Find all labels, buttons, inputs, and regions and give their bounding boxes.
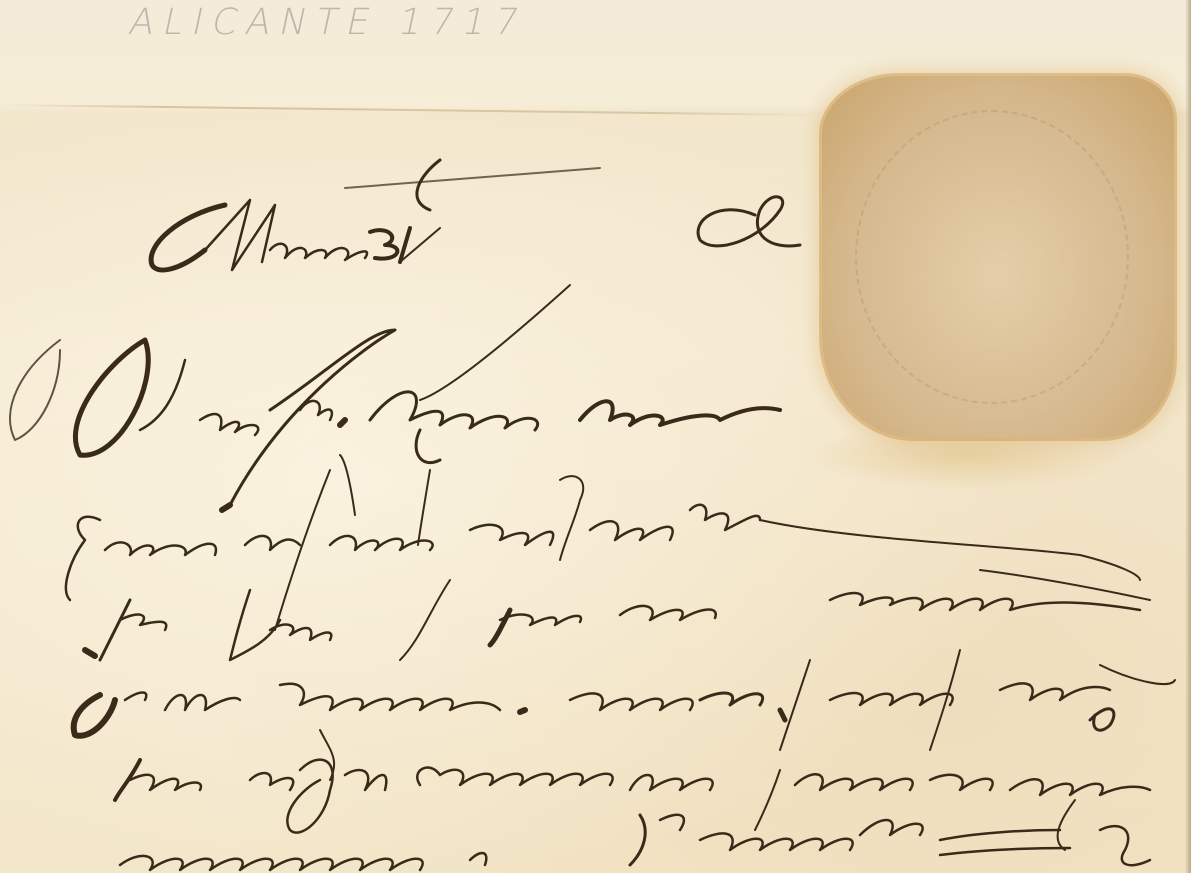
handwriting-strokes (0, 0, 1191, 873)
